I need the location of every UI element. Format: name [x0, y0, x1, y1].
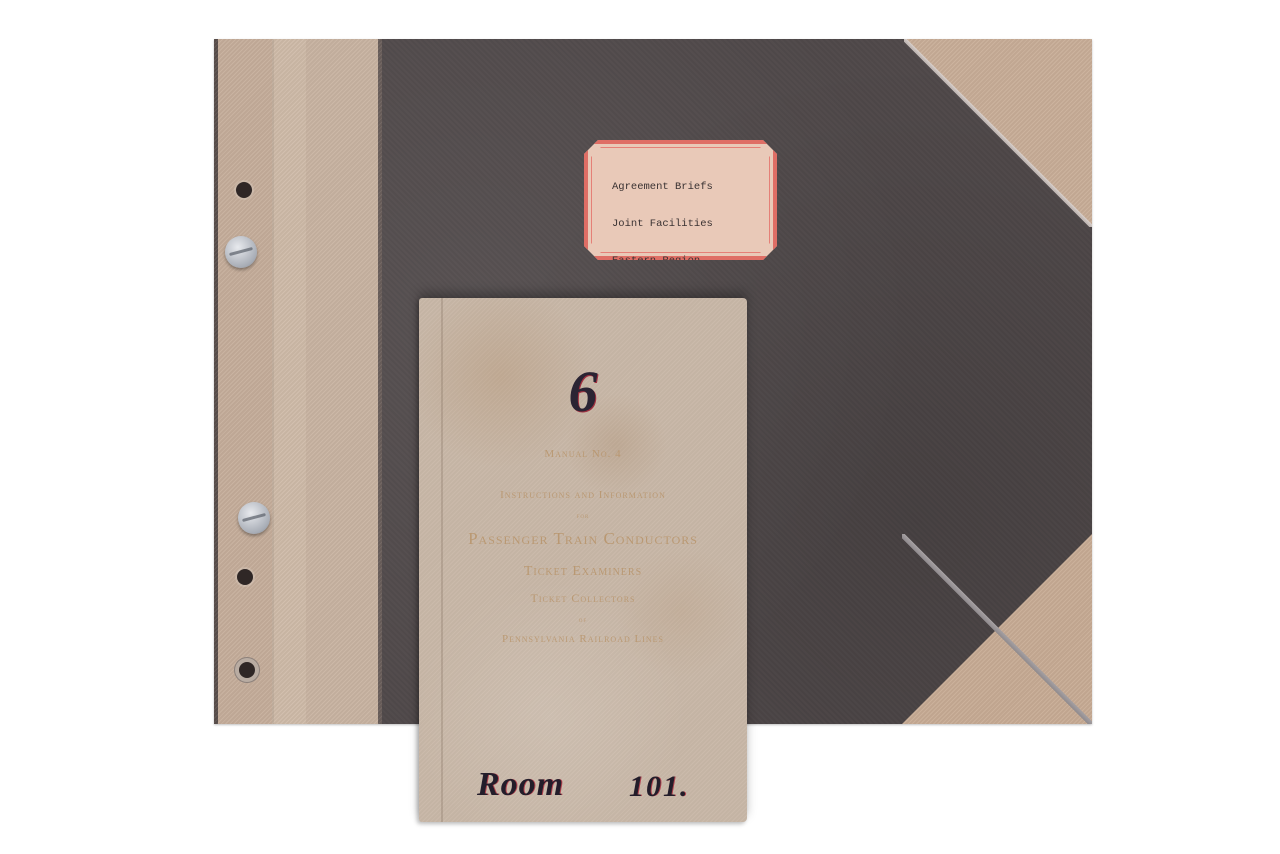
booklet-title-line: of — [419, 616, 747, 624]
binder-screw-icon — [225, 236, 257, 268]
booklet-title-line: Instructions and Information — [419, 489, 747, 501]
binder-grommet-hole-icon — [239, 662, 255, 678]
spine-crease — [272, 39, 274, 724]
binder-spine — [214, 39, 382, 724]
booklet-number: 6 — [419, 358, 747, 425]
booklet-title-line: Ticket Collectors — [419, 591, 747, 606]
binder-corner-top-right — [904, 39, 1092, 227]
label-line: Agreement Briefs — [612, 181, 744, 193]
binder-hole-icon — [236, 182, 252, 198]
booklet-title-line: for — [419, 512, 747, 520]
booklet-title-line: Pennsylvania Railroad Lines — [419, 633, 747, 645]
booklet: 6 Manual No. 4 Instructions and Informat… — [419, 298, 747, 822]
booklet-title-line: Manual No. 4 — [419, 448, 747, 460]
binder-screw-icon — [238, 502, 270, 534]
booklet-title-line: Passenger Train Conductors — [419, 529, 747, 549]
binder-label: Agreement Briefs Joint Facilities Easter… — [584, 140, 777, 260]
handwritten-room-label: Room — [477, 766, 564, 804]
label-line: Joint Facilities — [612, 218, 744, 230]
handwritten-room-number: 101. — [629, 770, 690, 804]
binder-corner-bottom-right — [902, 534, 1092, 724]
booklet-title-line: Ticket Examiners — [419, 564, 747, 580]
binder-hole-icon — [237, 569, 253, 585]
